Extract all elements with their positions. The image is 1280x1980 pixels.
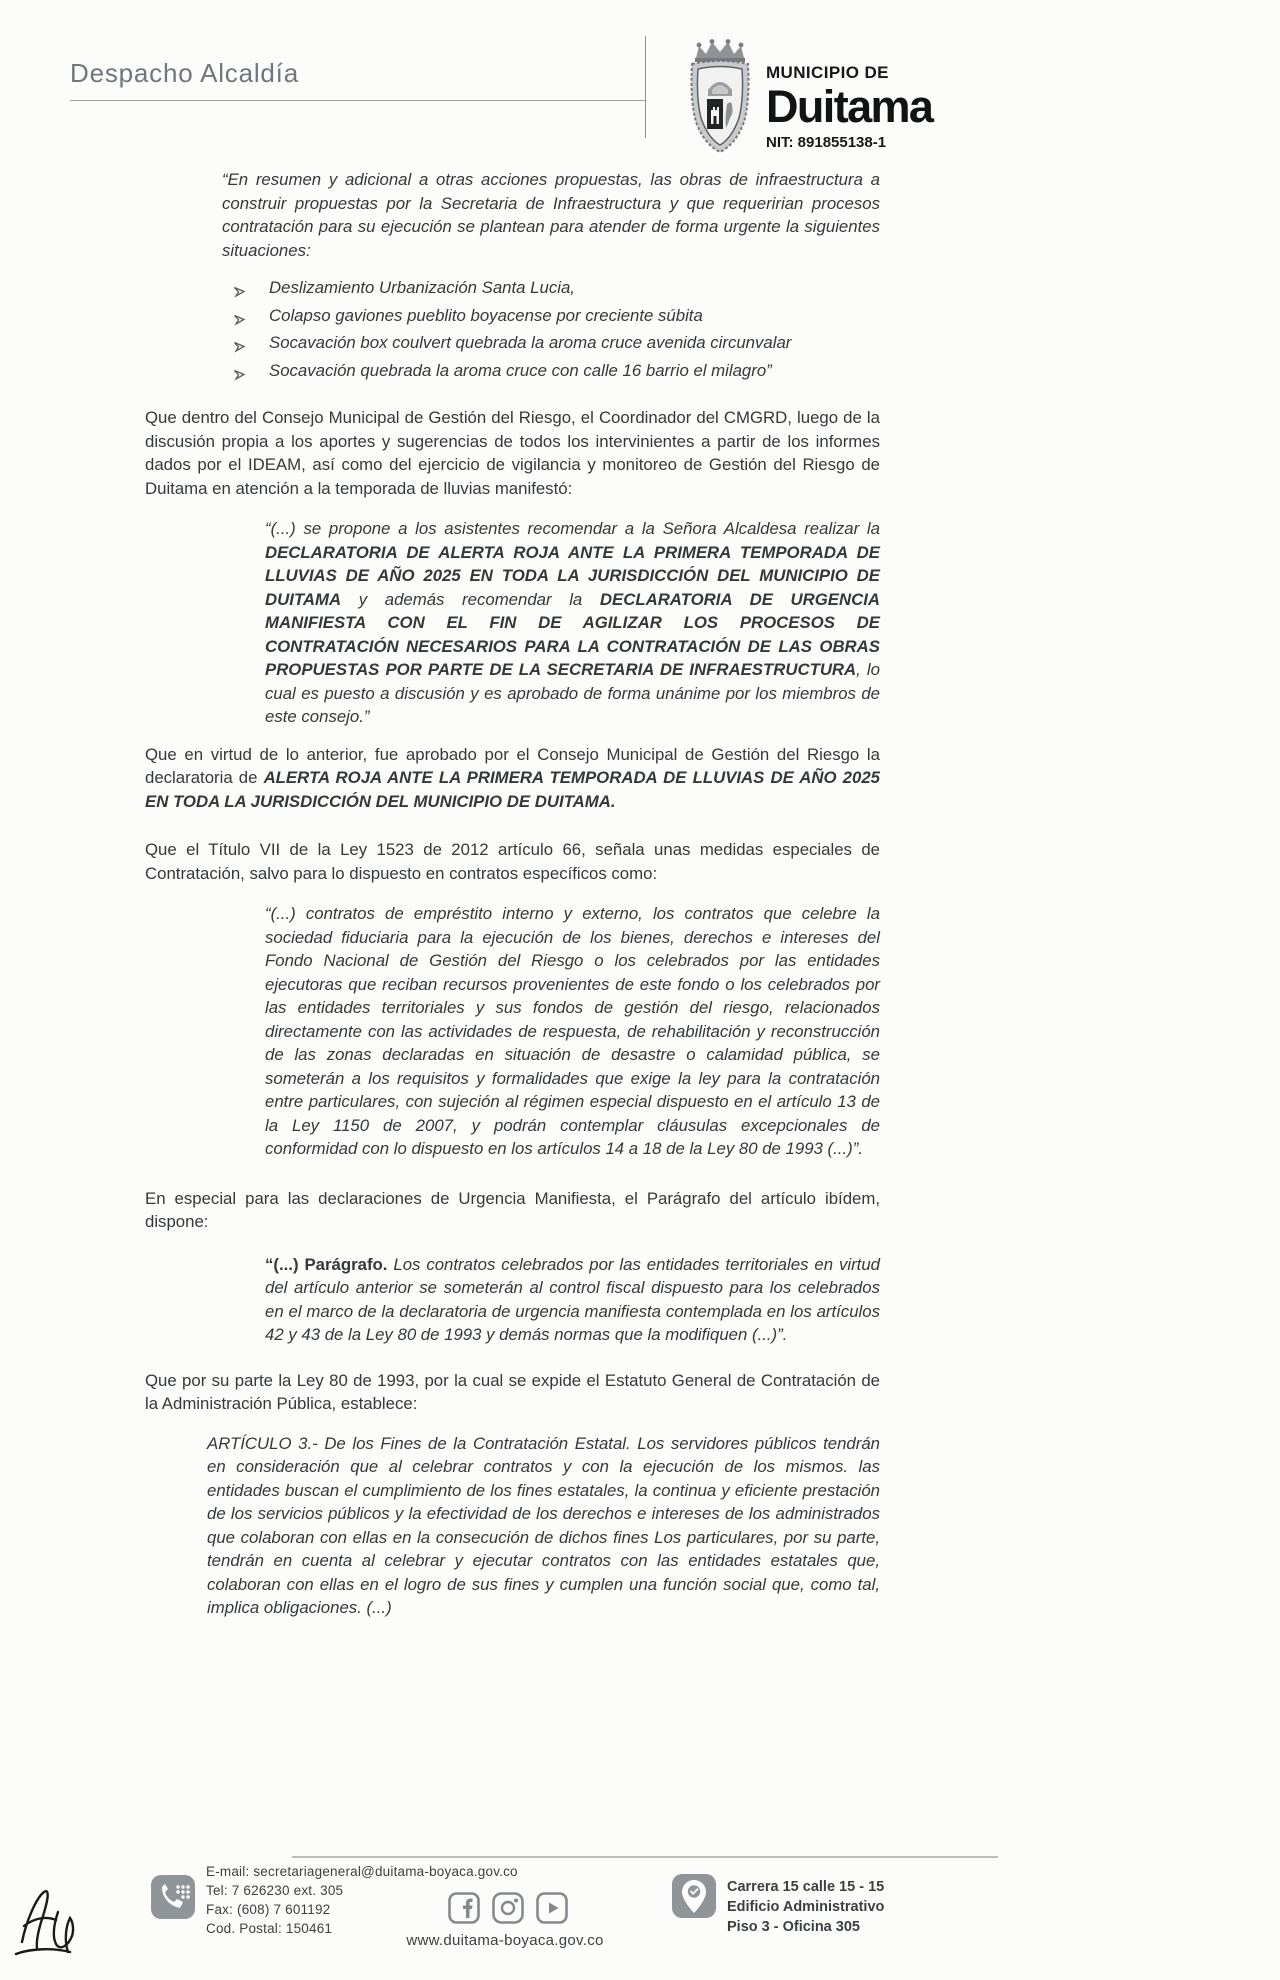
quote-lead: “(...) Parágrafo.: [265, 1255, 387, 1274]
municipality-brand: MUNICIPIO DE Duitama NIT: 891855138-1: [766, 64, 932, 150]
intro-quote: “En resumen y adicional a otras acciones…: [222, 168, 880, 262]
list-item-text: Socavación box coulvert quebrada la arom…: [269, 332, 791, 360]
youtube-icon: [536, 1892, 568, 1929]
location-pin-icon: [671, 1873, 717, 1924]
list-item-text: Colapso gaviones pueblito boyacense por …: [269, 305, 703, 333]
list-item-text: Socavación quebrada la aroma cruce con c…: [269, 360, 772, 388]
footer-email: E-mail: secretariageneral@duitama-boyaca…: [206, 1862, 518, 1881]
address-line: Carrera 15 calle 15 - 15: [727, 1877, 884, 1897]
paragraph-titulo-vii: Que el Título VII de la Ley 1523 de 2012…: [145, 838, 880, 885]
handwritten-signature: [10, 1878, 88, 1973]
list-item: Deslizamiento Urbanización Santa Lucia,: [233, 277, 880, 305]
instagram-icon: [492, 1892, 524, 1929]
municipality-nit: NIT: 891855138-1: [766, 135, 932, 150]
list-item-text: Deslizamiento Urbanización Santa Lucia,: [269, 277, 575, 305]
municipality-label: MUNICIPIO DE: [766, 64, 932, 81]
footer-rule: [292, 1856, 998, 1858]
address-line: Piso 3 - Oficina 305: [727, 1917, 884, 1937]
header-divider: [645, 36, 646, 138]
arrow-bullet-icon: [233, 360, 269, 388]
arrow-bullet-icon: [233, 305, 269, 333]
address-block: Carrera 15 calle 15 - 15 Edificio Admini…: [727, 1877, 884, 1937]
paragraph-ley-80: Que por su parte la Ley 80 de 1993, por …: [145, 1369, 880, 1416]
quote-text: y además recomendar la: [341, 590, 600, 609]
website-url: www.duitama-boyaca.gov.co: [370, 1932, 640, 1949]
quote-paragrafo: “(...) Parágrafo. Los contratos celebrad…: [265, 1253, 880, 1347]
arrow-bullet-icon: [233, 332, 269, 360]
facebook-icon: [448, 1892, 480, 1929]
municipality-name: Duitama: [766, 84, 932, 129]
document-page: Despacho Alcaldía: [0, 0, 1280, 1980]
header-rule: [70, 100, 645, 101]
duitama-coat-of-arms-icon: [682, 38, 758, 156]
list-item: Colapso gaviones pueblito boyacense por …: [233, 305, 880, 333]
quote-articulo-3: ARTÍCULO 3.- De los Fines de la Contrata…: [207, 1432, 880, 1620]
document-body: “En resumen y adicional a otras acciones…: [145, 168, 880, 1620]
quote-text: “(...) se propone a los asistentes recom…: [265, 519, 880, 538]
phone-icon: [150, 1874, 196, 1925]
address-line: Edificio Administrativo: [727, 1897, 884, 1917]
social-icons: [448, 1892, 568, 1929]
office-title: Despacho Alcaldía: [70, 58, 299, 89]
paragraph-virtud: Que en virtud de lo anterior, fue aproba…: [145, 743, 880, 814]
quote-contratos-emprestito: “(...) contratos de empréstito interno y…: [265, 902, 880, 1161]
quote-alerta-roja: “(...) se propone a los asistentes recom…: [265, 517, 880, 729]
situations-list: Deslizamiento Urbanización Santa Lucia, …: [233, 277, 880, 387]
paragraph-urgencia-manifiesta: En especial para las declaraciones de Ur…: [145, 1187, 880, 1234]
arrow-bullet-icon: [233, 277, 269, 305]
paragraph-consejo-municipal: Que dentro del Consejo Municipal de Gest…: [145, 406, 880, 500]
list-item: Socavación quebrada la aroma cruce con c…: [233, 360, 880, 388]
list-item: Socavación box coulvert quebrada la arom…: [233, 332, 880, 360]
